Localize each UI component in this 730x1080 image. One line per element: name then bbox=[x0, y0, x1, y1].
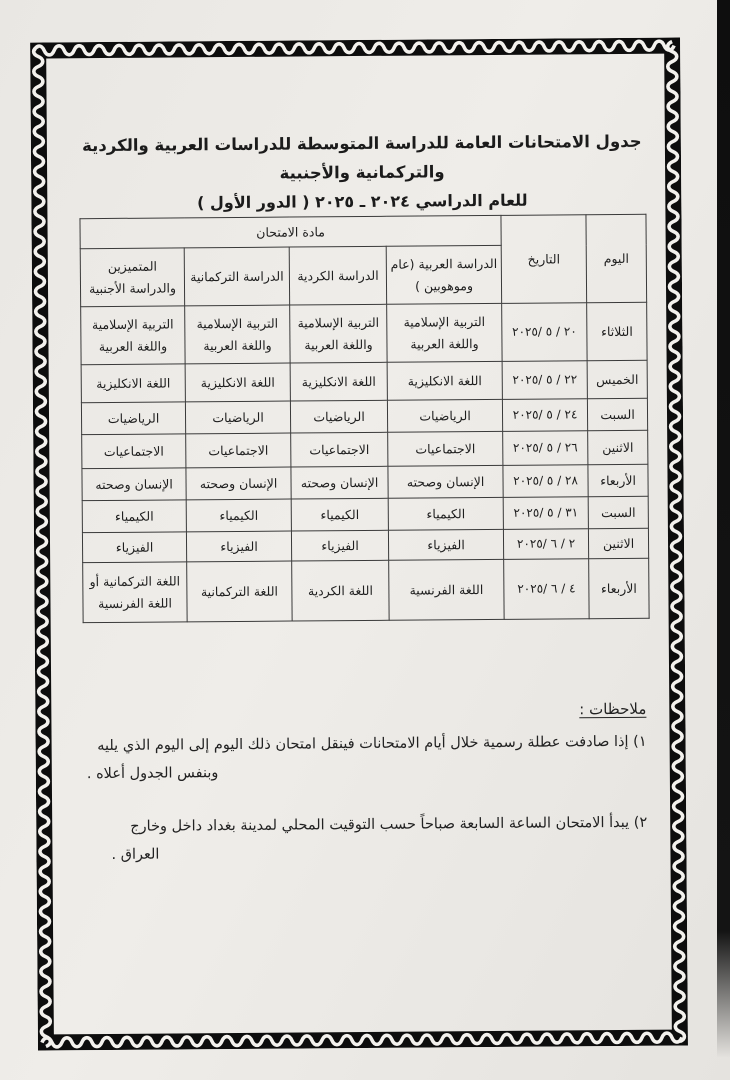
stream-kurdish-header: الدراسة الكردية bbox=[289, 246, 386, 305]
notes-heading: ملاحظات : bbox=[86, 700, 646, 722]
note-item: ٢) يبدأ الامتحان الساعة السابعة صباحاً ح… bbox=[87, 808, 647, 869]
day-cell: الاثنين bbox=[588, 430, 648, 464]
day-column-header: اليوم bbox=[586, 214, 647, 302]
document-sheet: جدول الامتحانات العامة للدراسة المتوسطة … bbox=[0, 0, 730, 1080]
stream-turkmen-header: الدراسة التركمانية bbox=[184, 247, 289, 306]
scan-edge-strip bbox=[717, 0, 730, 1058]
subject-cell: الإنسان وصحته bbox=[388, 465, 503, 498]
note-1-line-1: ١) إذا صادفت عطلة رسمية خلال أيام الامتح… bbox=[87, 728, 647, 761]
day-cell: الأربعاء bbox=[588, 464, 648, 496]
title-line-2: للعام الدراسي ٢٠٢٤ ـ ٢٠٢٥ ( الدور الأول … bbox=[82, 186, 642, 218]
date-cell: ٢ / ٦ /٢٠٢٥ bbox=[503, 529, 588, 560]
date-cell: ٢٤ / ٥ /٢٠٢٥ bbox=[502, 399, 587, 432]
date-cell: ٢٨ / ٥ /٢٠٢٥ bbox=[503, 465, 588, 498]
notes-section: ملاحظات : ١) إذا صادفت عطلة رسمية خلال أ… bbox=[86, 700, 647, 869]
date-cell: ٢٢ / ٥ /٢٠٢٥ bbox=[502, 361, 587, 400]
table-row: الأربعاء٢٨ / ٥ /٢٠٢٥الإنسان وصحتهالإنسان… bbox=[82, 464, 648, 500]
day-cell: السبت bbox=[587, 398, 647, 430]
subject-cell: الرياضيات bbox=[290, 400, 387, 433]
page-title: جدول الامتحانات العامة للدراسة المتوسطة … bbox=[82, 128, 643, 218]
subject-cell: اللغة الانكليزية bbox=[185, 363, 290, 402]
day-cell: الأربعاء bbox=[589, 558, 649, 618]
date-cell: ٢٦ / ٥ /٢٠٢٥ bbox=[503, 431, 588, 466]
stream-gifted-foreign-header: المتميزين والدراسة الأجنبية bbox=[80, 248, 184, 307]
subject-cell: الاجتماعيات bbox=[291, 432, 388, 467]
subject-cell: الكيمياء bbox=[291, 498, 388, 531]
subject-cell: التربية الإسلامية واللغة العربية bbox=[81, 306, 185, 365]
stream-arabic-header: الدراسة العربية (عام وموهوبين ) bbox=[386, 245, 501, 304]
subject-cell: الكيمياء bbox=[186, 499, 291, 532]
date-cell: ٣١ / ٥ /٢٠٢٥ bbox=[503, 497, 588, 530]
day-cell: الاثنين bbox=[588, 528, 648, 558]
subject-cell: اللغة الفرنسية bbox=[389, 559, 504, 620]
subject-cell: الفيزياء bbox=[82, 532, 186, 563]
subject-cell: اللغة التركمانية bbox=[187, 561, 292, 622]
subject-cell: الإنسان وصحته bbox=[186, 467, 291, 500]
table-row: الاثنين٢٦ / ٥ /٢٠٢٥الاجتماعياتالاجتماعيا… bbox=[82, 430, 648, 468]
note-1-line-2: وبنفس الجدول أعلاه . bbox=[87, 756, 647, 789]
table-row: الخميس٢٢ / ٥ /٢٠٢٥اللغة الانكليزيةاللغة … bbox=[81, 360, 647, 402]
subject-cell: اللغة الانكليزية bbox=[387, 361, 502, 400]
table-row: الثلاثاء٢٠ / ٥ /٢٠٢٥التربية الإسلامية وا… bbox=[81, 302, 647, 364]
subject-cell: التربية الإسلامية واللغة العربية bbox=[387, 303, 502, 362]
subject-cell: الرياضيات bbox=[81, 402, 185, 435]
table-row: السبت٢٤ / ٥ /٢٠٢٥الرياضياتالرياضياتالريا… bbox=[81, 398, 647, 434]
day-cell: السبت bbox=[588, 496, 648, 528]
subject-cell: اللغة الكردية bbox=[292, 560, 389, 621]
exam-schedule-table: اليوم التاريخ مادة الامتحان الدراسة العر… bbox=[79, 214, 649, 623]
note-2-line-1: ٢) يبدأ الامتحان الساعة السابعة صباحاً ح… bbox=[87, 808, 647, 841]
date-cell: ٢٠ / ٥ /٢٠٢٥ bbox=[502, 303, 587, 362]
subject-cell: الاجتماعيات bbox=[82, 434, 186, 469]
table-row: السبت٣١ / ٥ /٢٠٢٥الكيمياءالكيمياءالكيميا… bbox=[82, 496, 648, 532]
schedule-rows: الثلاثاء٢٠ / ٥ /٢٠٢٥التربية الإسلامية وا… bbox=[81, 302, 650, 622]
note-2-line-2: العراق . bbox=[87, 837, 647, 870]
subject-cell: اللغة الانكليزية bbox=[290, 362, 387, 401]
subject-cell: الفيزياء bbox=[186, 531, 291, 562]
subject-cell: التربية الإسلامية واللغة العربية bbox=[185, 305, 290, 364]
date-cell: ٤ / ٦ /٢٠٢٥ bbox=[504, 559, 589, 620]
subject-cell: اللغة الانكليزية bbox=[81, 364, 185, 403]
subject-cell: الاجتماعيات bbox=[186, 433, 291, 468]
subject-cell: التربية الإسلامية واللغة العربية bbox=[290, 304, 387, 363]
table-row: الأربعاء٤ / ٦ /٢٠٢٥اللغة الفرنسيةاللغة ا… bbox=[83, 558, 650, 622]
title-line-1: جدول الامتحانات العامة للدراسة المتوسطة … bbox=[82, 128, 642, 190]
subject-cell: الرياضيات bbox=[387, 399, 502, 432]
subject-cell: الرياضيات bbox=[185, 401, 290, 434]
subject-cell: الاجتماعيات bbox=[388, 431, 503, 466]
subject-cell: الإنسان وصحته bbox=[291, 466, 388, 499]
subject-cell: اللغة التركمانية أو اللغة الفرنسية bbox=[83, 562, 188, 623]
subject-cell: الفيزياء bbox=[291, 530, 388, 561]
subject-cell: الكيمياء bbox=[82, 500, 186, 533]
photo-background: جدول الامتحانات العامة للدراسة المتوسطة … bbox=[0, 0, 730, 1080]
subject-cell: الإنسان وصحته bbox=[82, 468, 186, 501]
day-cell: الثلاثاء bbox=[587, 302, 647, 360]
note-item: ١) إذا صادفت عطلة رسمية خلال أيام الامتح… bbox=[87, 728, 647, 789]
subject-cell: الكيمياء bbox=[388, 497, 503, 530]
date-column-header: التاريخ bbox=[501, 215, 587, 304]
table-row: الاثنين٢ / ٦ /٢٠٢٥الفيزياءالفيزياءالفيزي… bbox=[82, 528, 648, 562]
subject-group-header: مادة الامتحان bbox=[80, 215, 501, 248]
day-cell: الخميس bbox=[587, 360, 647, 398]
subject-cell: الفيزياء bbox=[388, 529, 503, 560]
